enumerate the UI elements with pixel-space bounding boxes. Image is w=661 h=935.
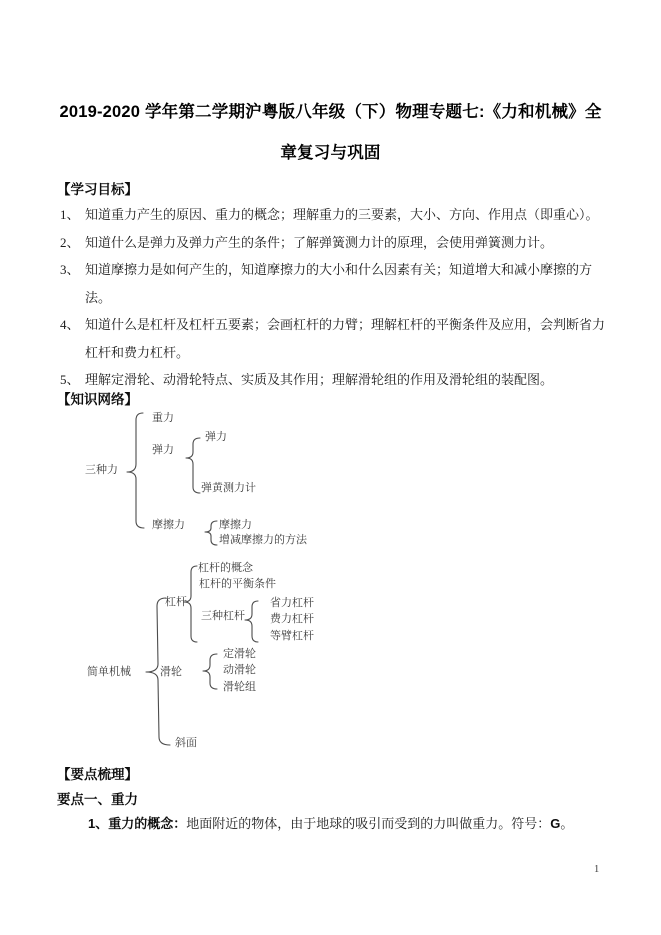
key-point-heading: 要点一、重力: [57, 788, 138, 808]
node-friction-force: 摩擦力: [219, 519, 252, 531]
node-pulley: 滑轮: [160, 666, 182, 678]
node-three-forces: 三种力: [85, 464, 118, 476]
node-labor-saving-lever: 省力杠杆: [270, 597, 314, 609]
node-simple-machines: 简单机械: [87, 666, 131, 678]
key-point-1-period: 。: [560, 816, 573, 831]
node-pulley-group: 滑轮组: [223, 681, 256, 693]
node-gravity: 重力: [152, 412, 174, 424]
node-friction-methods: 增减摩擦力的方法: [219, 534, 307, 546]
node-elastic-force: 弹力: [205, 431, 227, 443]
node-lever-balance: 杠杆的平衡条件: [199, 578, 276, 590]
key-point-1-text: 地面附近的物体，由于地球的吸引而受到的力叫做重力。符号：: [186, 816, 550, 831]
node-lever: 杠杆: [165, 596, 187, 608]
brace-elastic: [186, 438, 200, 493]
section-heading-outline: 【要点梳理】: [57, 763, 138, 783]
key-point-1-label: 1、重力的概念：: [88, 816, 186, 831]
node-friction: 摩擦力: [152, 519, 185, 531]
node-movable-pulley: 动滑轮: [223, 664, 256, 676]
page-number: 1: [594, 864, 599, 875]
node-elastic: 弹力: [152, 444, 174, 456]
key-point-1: 1、重力的概念：地面附近的物体，由于地球的吸引而受到的力叫做重力。符号：G。: [88, 813, 573, 832]
node-lever-concept: 杠杆的概念: [198, 562, 253, 574]
brace-friction: [205, 521, 217, 545]
node-labor-costing-lever: 费力杠杆: [270, 613, 314, 625]
node-spring-meter: 弹黄测力计: [201, 482, 256, 494]
key-point-1-symbol: G: [550, 816, 560, 831]
brace-lever-types: [245, 601, 258, 642]
brace-pulley: [203, 654, 217, 689]
brace-three-forces: [127, 413, 144, 528]
node-inclined-plane: 斜面: [175, 737, 197, 749]
node-equal-arm-lever: 等臂杠杆: [270, 630, 314, 642]
node-lever-types: 三种杠杆: [201, 610, 245, 622]
document-page: 2019-2020 学年第二学期沪粤版八年级（下）物理专题七:《力和机械》全 章…: [0, 0, 661, 935]
node-fixed-pulley: 定滑轮: [223, 648, 256, 660]
